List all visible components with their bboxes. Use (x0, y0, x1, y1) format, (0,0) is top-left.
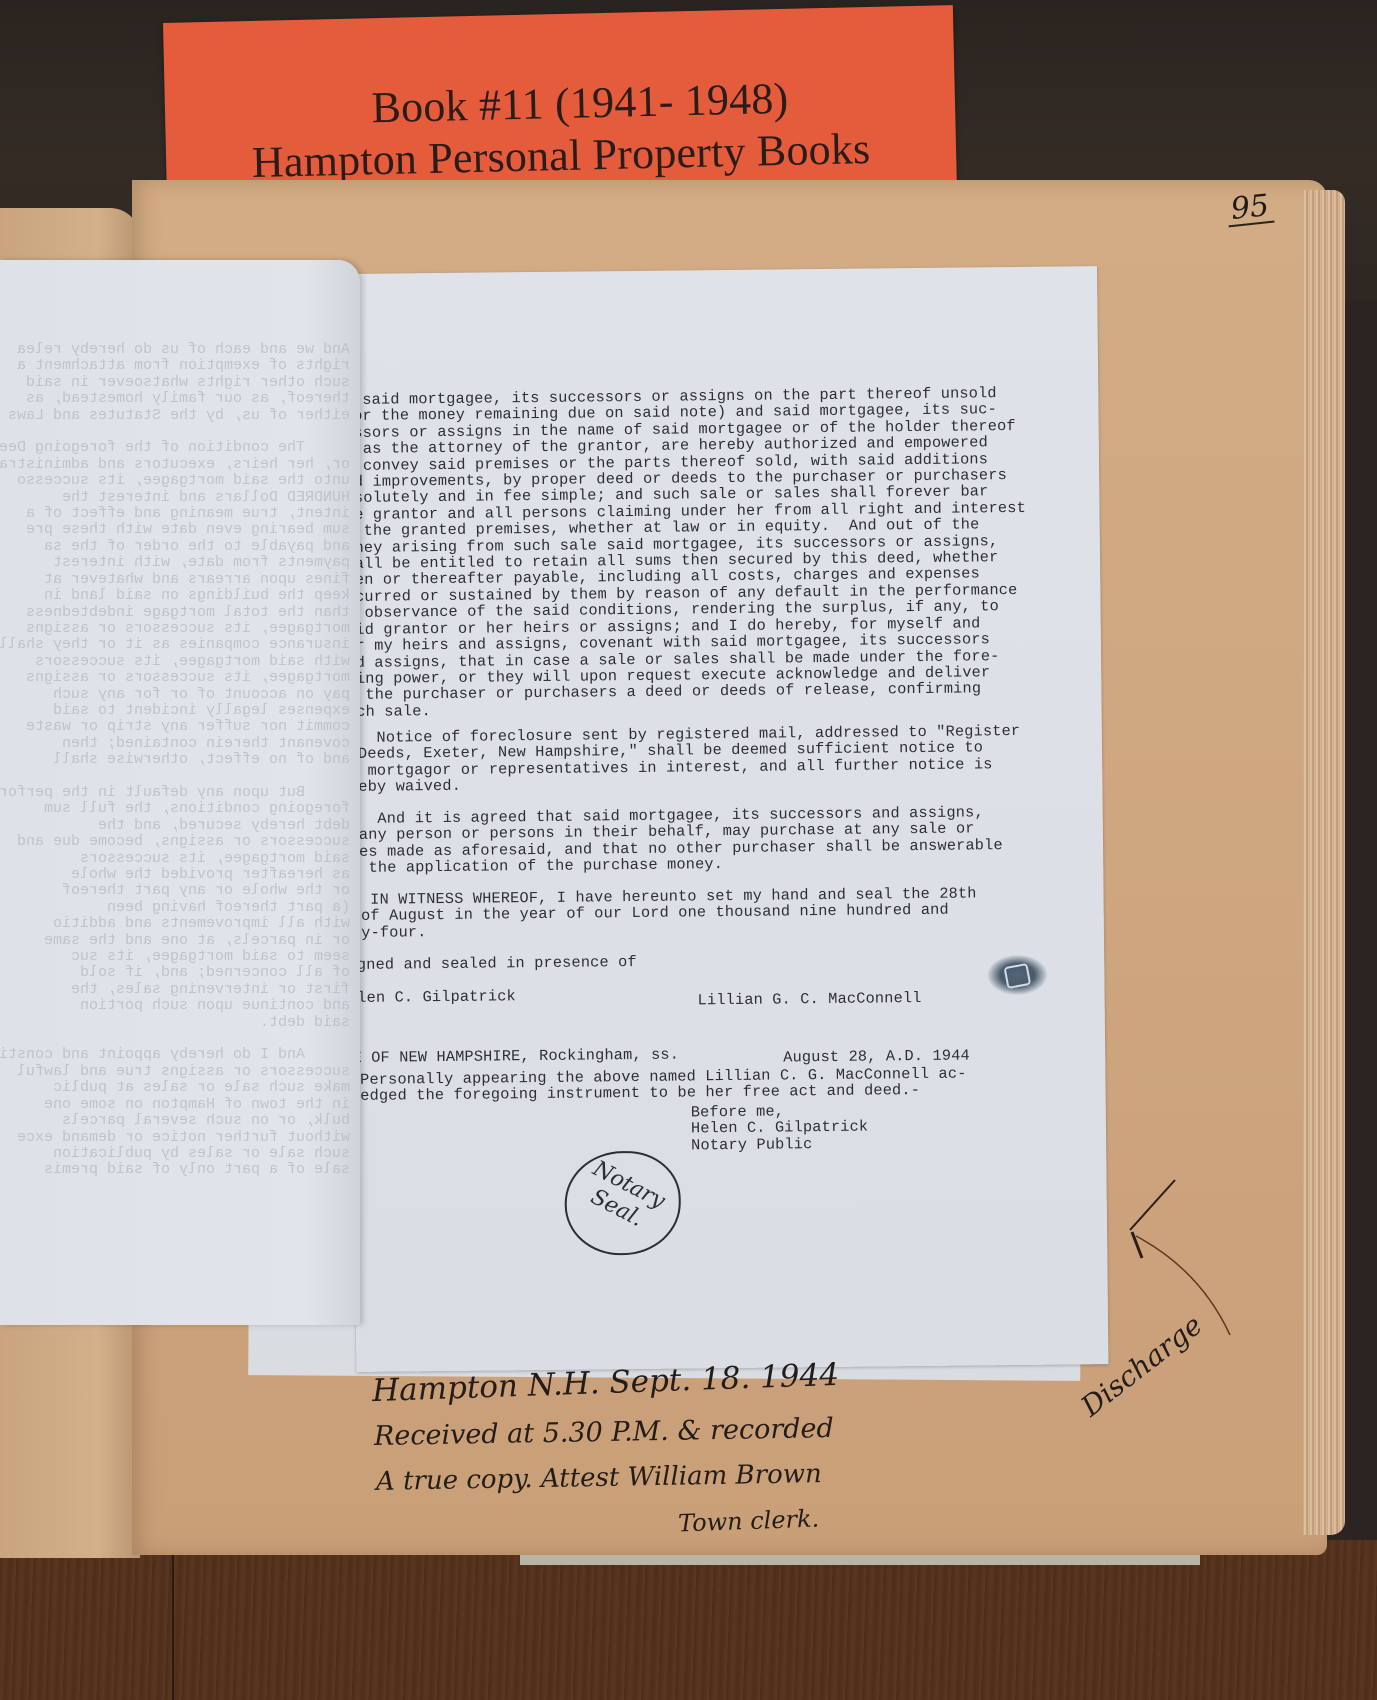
paragraph-purchase-rights: And it is agreed that said mortgagee, it… (331, 804, 1003, 877)
paragraph-sale-power: of said mortgagee, its successors or ass… (334, 385, 1028, 720)
notary-seal-circle: Notary Seal. (564, 1151, 681, 1256)
paragraph-foreclosure-notice: Notice of foreclosure sent by registered… (330, 723, 1021, 796)
venue-line: STATE OF NEW HAMPSHIRE, Rockingham, ss. (315, 1047, 679, 1067)
ledger-page-number: 95 (1225, 191, 1274, 228)
signed-sealed-label: Signed and sealed in presence of (338, 954, 637, 974)
grantor-signature: Lillian G. C. MacConnell (698, 990, 922, 1009)
recording-note-clerk: Town clerk. (678, 1505, 820, 1538)
ledger-page-edges (1303, 190, 1345, 1535)
paragraph-in-witness: IN WITNESS WHEREOF, I have hereunto set … (323, 885, 977, 941)
acknowledgment-text: Personally appearing the above named Lil… (313, 1066, 966, 1106)
typed-mortgage-page: 3) of said mortgagee, its successors or … (345, 266, 1108, 1372)
seal-stamp-icon (987, 955, 1047, 996)
notary-seal-text: Notary Seal. (575, 1156, 670, 1239)
witness-signature: Helen C. Gilpatrick (338, 988, 515, 1006)
photo-scene: Book #11 (1941- 1948) Hampton Personal P… (0, 0, 1377, 1700)
flipped-translucent-page: And we and each of us do hereby relea ri… (0, 260, 360, 1325)
acknowledgment-date: August 28, A.D. 1944 (783, 1048, 970, 1066)
notary-block: Before me, Helen C. Gilpatrick Notary Pu… (691, 1103, 869, 1154)
bleedthrough-text: And we and each of us do hereby relea ri… (0, 342, 350, 1179)
